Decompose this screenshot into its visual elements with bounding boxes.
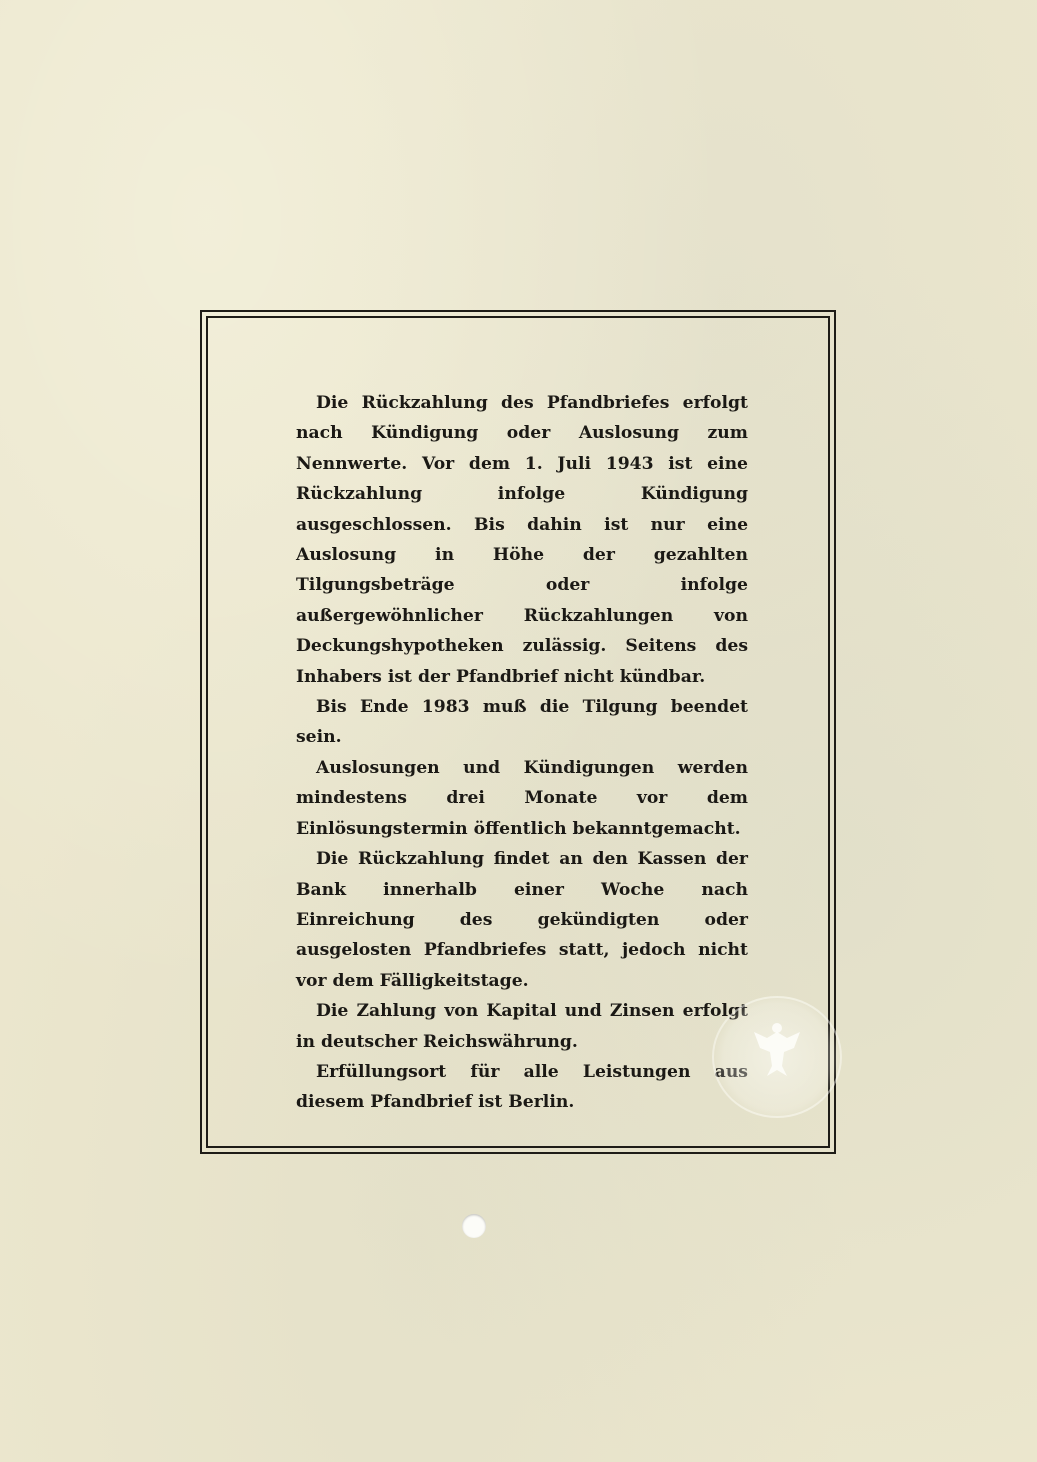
terms-text-block: Die Rückzahlung des Pfandbriefes erfolgt… xyxy=(296,388,748,1118)
paragraph-amortization-end: Bis Ende 1983 muß die Tilgung beendet se… xyxy=(296,692,748,753)
punch-hole xyxy=(462,1214,486,1238)
eagle-icon xyxy=(752,1018,802,1088)
paragraph-place-of-performance: Erfüllungsort für alle Leistungen aus di… xyxy=(296,1057,748,1118)
paragraph-repayment-location: Die Rückzahlung findet an den Kassen der… xyxy=(296,844,748,996)
embossed-seal xyxy=(712,996,842,1118)
paragraph-notice-period: Auslosungen und Kündigungen werden minde… xyxy=(296,753,748,844)
paragraph-repayment-terms: Die Rückzahlung des Pfandbriefes erfolgt… xyxy=(296,388,748,692)
paragraph-currency: Die Zahlung von Kapital und Zinsen erfol… xyxy=(296,996,748,1057)
